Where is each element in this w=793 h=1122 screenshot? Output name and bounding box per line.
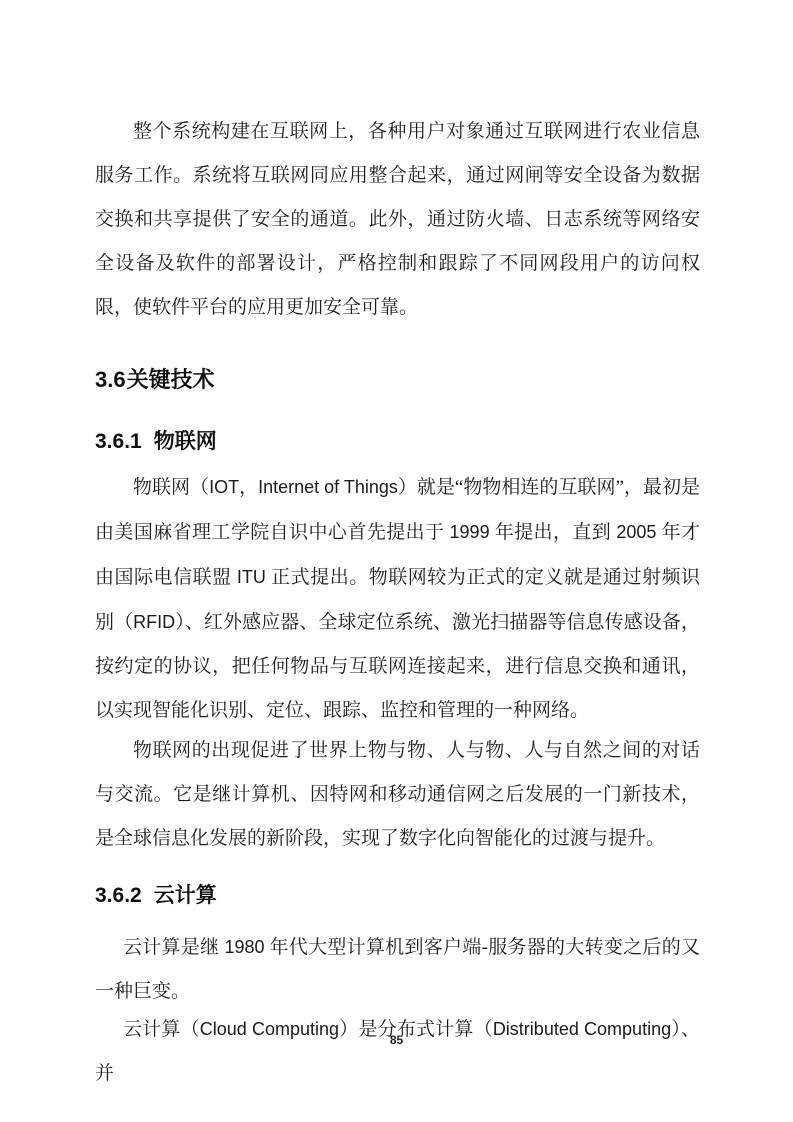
body-paragraph-system-security: 整个系统构建在互联网上，各种用户对象通过互联网进行农业信息服务工作。系统将互联网…: [95, 110, 700, 330]
cjk-text-run: 物联网（: [133, 477, 209, 498]
latin-text-run: 3.6.1: [95, 430, 142, 453]
cjk-text-run: 云计算: [154, 884, 217, 907]
cjk-text-run: 关键技术: [127, 367, 215, 392]
latin-text-run: 3.6: [95, 367, 126, 392]
body-paragraph-iot-definition: 物联网（IOT，Internet of Things）就是“物物相连的互联网”，…: [95, 465, 700, 733]
cjk-text-run: ）、红外感应器、全球定位系统、激光扫描器等信息传感设备，按约定的协议，把任何物品…: [95, 612, 700, 721]
latin-text-run: IOT: [209, 477, 239, 497]
latin-text-run: 3.6.2: [95, 884, 142, 907]
subsection-heading-3-6-2-cloud-computing: 3.6.2云计算: [95, 881, 700, 911]
body-paragraph-cloud-definition: 云计算（Cloud Computing）是分布式计算（Distributed C…: [95, 1007, 700, 1096]
latin-text-run: 1980: [224, 937, 264, 957]
document-page: 整个系统构建在互联网上，各种用户对象通过互联网进行农业信息服务工作。系统将互联网…: [0, 0, 793, 1122]
cjk-text-run: 云计算是继: [123, 937, 224, 958]
cjk-text-run: 年提出，直到: [490, 522, 617, 543]
latin-text-run: Internet of Things: [258, 477, 398, 497]
latin-text-run: 2005: [616, 522, 656, 542]
page-number: 85: [0, 1032, 793, 1048]
cjk-text-run: 物联网: [154, 430, 217, 453]
latin-text-run: 1999: [450, 522, 490, 542]
cjk-text-run: 整个系统构建在互联网上，各种用户对象通过互联网进行农业信息服务工作。系统将互联网…: [95, 121, 700, 318]
latin-text-run: RFID: [133, 612, 175, 632]
latin-text-run: ITU: [237, 567, 266, 587]
subsection-heading-3-6-1-iot: 3.6.1物联网: [95, 427, 700, 457]
cjk-text-run: ，: [239, 477, 258, 498]
body-paragraph-iot-significance: 物联网的出现促进了世界上物与物、人与物、人与自然之间的对话与交流。它是继计算机、…: [95, 729, 700, 861]
cjk-text-run: 物联网的出现促进了世界上物与物、人与物、人与自然之间的对话与交流。它是继计算机、…: [95, 740, 700, 849]
section-heading-3-6-key-technologies: 3.6关键技术: [95, 365, 700, 395]
body-paragraph-cloud-shift: 云计算是继 1980 年代大型计算机到客户端-服务器的大转变之后的又一种巨变。: [95, 925, 700, 1014]
